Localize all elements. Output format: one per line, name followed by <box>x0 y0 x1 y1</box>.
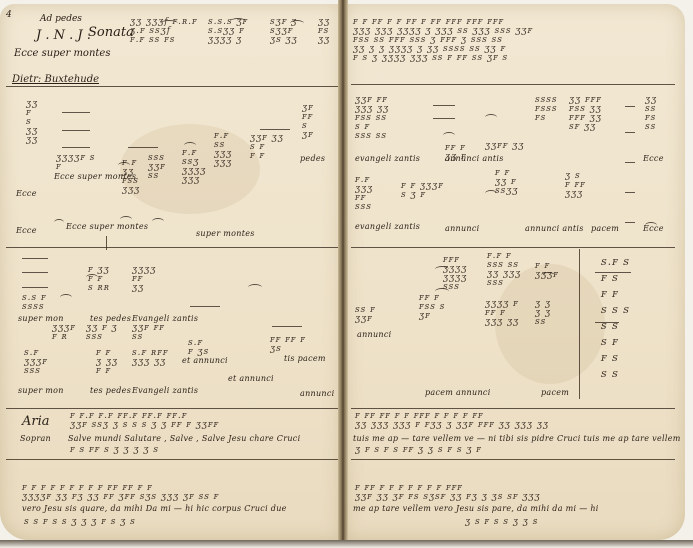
lyric: Ecce <box>643 154 664 163</box>
lyric: et annunci <box>228 374 274 383</box>
lyric: evangeli zantis <box>355 222 420 231</box>
lyric: tis pacem <box>284 354 326 363</box>
left-page: 4 Ad pedes J . N . J . Sonata Ecce super… <box>0 4 341 540</box>
lyric: pedes <box>300 154 325 163</box>
aria-label: Aria <box>22 414 50 429</box>
aria-lyrics-left-2: vero Jesu sis quare, da mihi Da mi — hi … <box>22 504 287 513</box>
catalog-number: J . N . J . <box>36 28 91 43</box>
aria-lyrics-right-1: tuis me ap — tare vellem ve — ni tibi si… <box>353 434 681 443</box>
lyric: tes pedes <box>90 386 131 395</box>
lyric: Ecce super montes <box>66 222 148 231</box>
lyric: annunci <box>357 330 392 339</box>
lyric: tes pedes <box>90 314 131 323</box>
lyric: pacem <box>591 224 619 233</box>
lyric: Evangeli zantis <box>132 314 198 323</box>
genre-label: Sonata <box>88 25 134 40</box>
scan-edge <box>0 540 693 548</box>
lyric: pacem <box>541 388 569 397</box>
staff-divider <box>351 247 675 248</box>
staff-divider <box>351 84 675 85</box>
lyric: Evangeli zantis <box>132 386 198 395</box>
aria-lyrics-left-1: Salve mundi Salutare , Salve , Salve Jes… <box>68 434 300 443</box>
right-page: ꜰ ꜰ ꜰꜰ ꜰ ꜰ ꜰꜰ ꜰ ꜰꜰ ꜰꜰꜰ ꜰꜰꜰ ꜰꜰꜰʒʒʒ ʒʒʒ ʒʒ… <box>345 4 685 540</box>
lyric: et annunci <box>182 356 228 365</box>
book-spine <box>338 0 348 543</box>
lyric: Ecce <box>16 226 37 235</box>
corner-mark: 4 <box>6 10 12 20</box>
staff-divider <box>351 459 675 460</box>
staff-divider <box>6 86 338 87</box>
lyric: pacem annunci <box>425 388 491 397</box>
piece-title: Ecce super montes <box>14 48 110 59</box>
manuscript-spread: 4 Ad pedes J . N . J . Sonata Ecce super… <box>0 0 693 543</box>
aria-lyrics-right-2: me ap tare vellem vero Jesu sis pare, da… <box>353 504 599 513</box>
lyric: evangeli zantis <box>355 154 420 163</box>
lyric: Ecce <box>16 189 37 198</box>
lyric: annunci <box>300 389 335 398</box>
composer-name: Dietr: Buxtehude <box>12 74 99 85</box>
staff-divider <box>351 408 675 409</box>
barline <box>579 249 580 399</box>
lyric: super mon <box>18 314 64 323</box>
staff-divider <box>6 247 338 248</box>
staff-divider <box>6 459 338 460</box>
lyric: annunci antis <box>525 224 584 233</box>
staff-divider <box>6 408 338 409</box>
lyric: super montes <box>196 229 255 238</box>
lyric: super mon <box>18 386 64 395</box>
lyric: annunci antis <box>445 154 504 163</box>
lyric: annunci <box>445 224 480 233</box>
voice-label: Sopran <box>20 434 51 443</box>
ad-pedes-label: Ad pedes <box>40 14 82 24</box>
